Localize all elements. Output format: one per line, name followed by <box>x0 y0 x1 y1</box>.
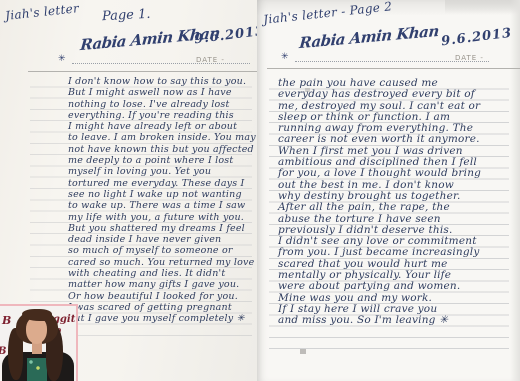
page1-header-rule <box>28 71 257 72</box>
page2-ink-mark: ✳ <box>281 52 289 62</box>
handwritten-line: nothing to lose. I've already lost <box>68 99 254 110</box>
handwritten-line: see no light I wake up not wanting <box>68 189 254 200</box>
paper-smudge <box>300 349 306 354</box>
page1-annotation-title: Jiah's letter <box>4 1 79 23</box>
handwritten-line: to wake up. There was a time I saw <box>68 200 254 211</box>
handwritten-line: everyday has destroyed every bit of <box>278 89 512 100</box>
handwritten-line: matter how many gifts I gave you. <box>68 279 254 290</box>
handwritten-line: myself in loving you. Yet you <box>68 166 254 177</box>
handwritten-line: But I might aswell now as I have <box>68 87 254 98</box>
handwritten-line: but I gave you myself completely ✳ <box>68 313 254 324</box>
handwritten-line: cared so much. You returned my love <box>68 257 254 268</box>
page2-annotation-title: Jiah's letter - Page 2 <box>263 0 393 27</box>
handwritten-line: my life with you, a future with you. <box>68 212 254 223</box>
handwritten-line: me deeply to a point where I lost <box>68 155 254 166</box>
face-shape <box>26 317 47 344</box>
handwritten-line: and miss you. So I'm leaving ✳ <box>278 315 512 326</box>
handwritten-line: I might have already left or about <box>68 121 254 132</box>
ink-bleed-smudge <box>305 88 310 92</box>
handwritten-line: I was scared of getting pregnant <box>68 302 254 313</box>
green-patterned-top-shape <box>27 358 47 381</box>
handwritten-line: Or how beautiful I looked for you. <box>68 291 254 302</box>
scanned-letter-document: Jiah's letter Page 1. Rabia Amin Khan 9.… <box>0 0 520 381</box>
handwritten-line: everything. If you're reading this <box>68 110 254 121</box>
page1-ink-mark: ✳ <box>58 54 66 64</box>
handwritten-line: I don't know how to say this to you. <box>68 76 254 87</box>
handwritten-line: with cheating and lies. It didn't <box>68 268 254 279</box>
handwritten-line: so much of myself to someone or <box>68 245 254 256</box>
page2-body-text: the pain you have caused meeveryday has … <box>278 78 512 327</box>
jiah-khan-photo-inset: B Baggit 00 B <box>0 304 78 381</box>
handwritten-line: After all the pain, the rape, the <box>278 202 512 213</box>
scan-corner-shade <box>445 0 520 14</box>
handwritten-line: not have known this but you affected <box>68 144 254 155</box>
handwritten-line: were about partying and women. <box>278 281 512 292</box>
handwritten-line: for you, a love I thought would bring <box>278 168 512 179</box>
page2-header-rule <box>267 68 520 69</box>
handwritten-line: But you shattered my dreams I feel <box>68 223 254 234</box>
handwritten-line: dead inside I have never given <box>68 234 254 245</box>
handwritten-line: to leave. I am broken inside. You may <box>68 132 254 143</box>
letter-page-2: Jiah's letter - Page 2 Rabia Amin Khan 9… <box>257 0 520 381</box>
page2-date-label: DATE - <box>455 54 484 62</box>
page1-annotation-page-number: Page 1. <box>102 7 151 25</box>
page2-date: 9.6.2013 <box>440 26 513 50</box>
brand-letter-text: B <box>2 314 11 327</box>
page1-date-label: DATE - <box>196 56 225 64</box>
page1-body-text: I don't know how to say this to you.But … <box>68 76 254 325</box>
handwritten-line: tortured me everyday. These days I <box>68 178 254 189</box>
